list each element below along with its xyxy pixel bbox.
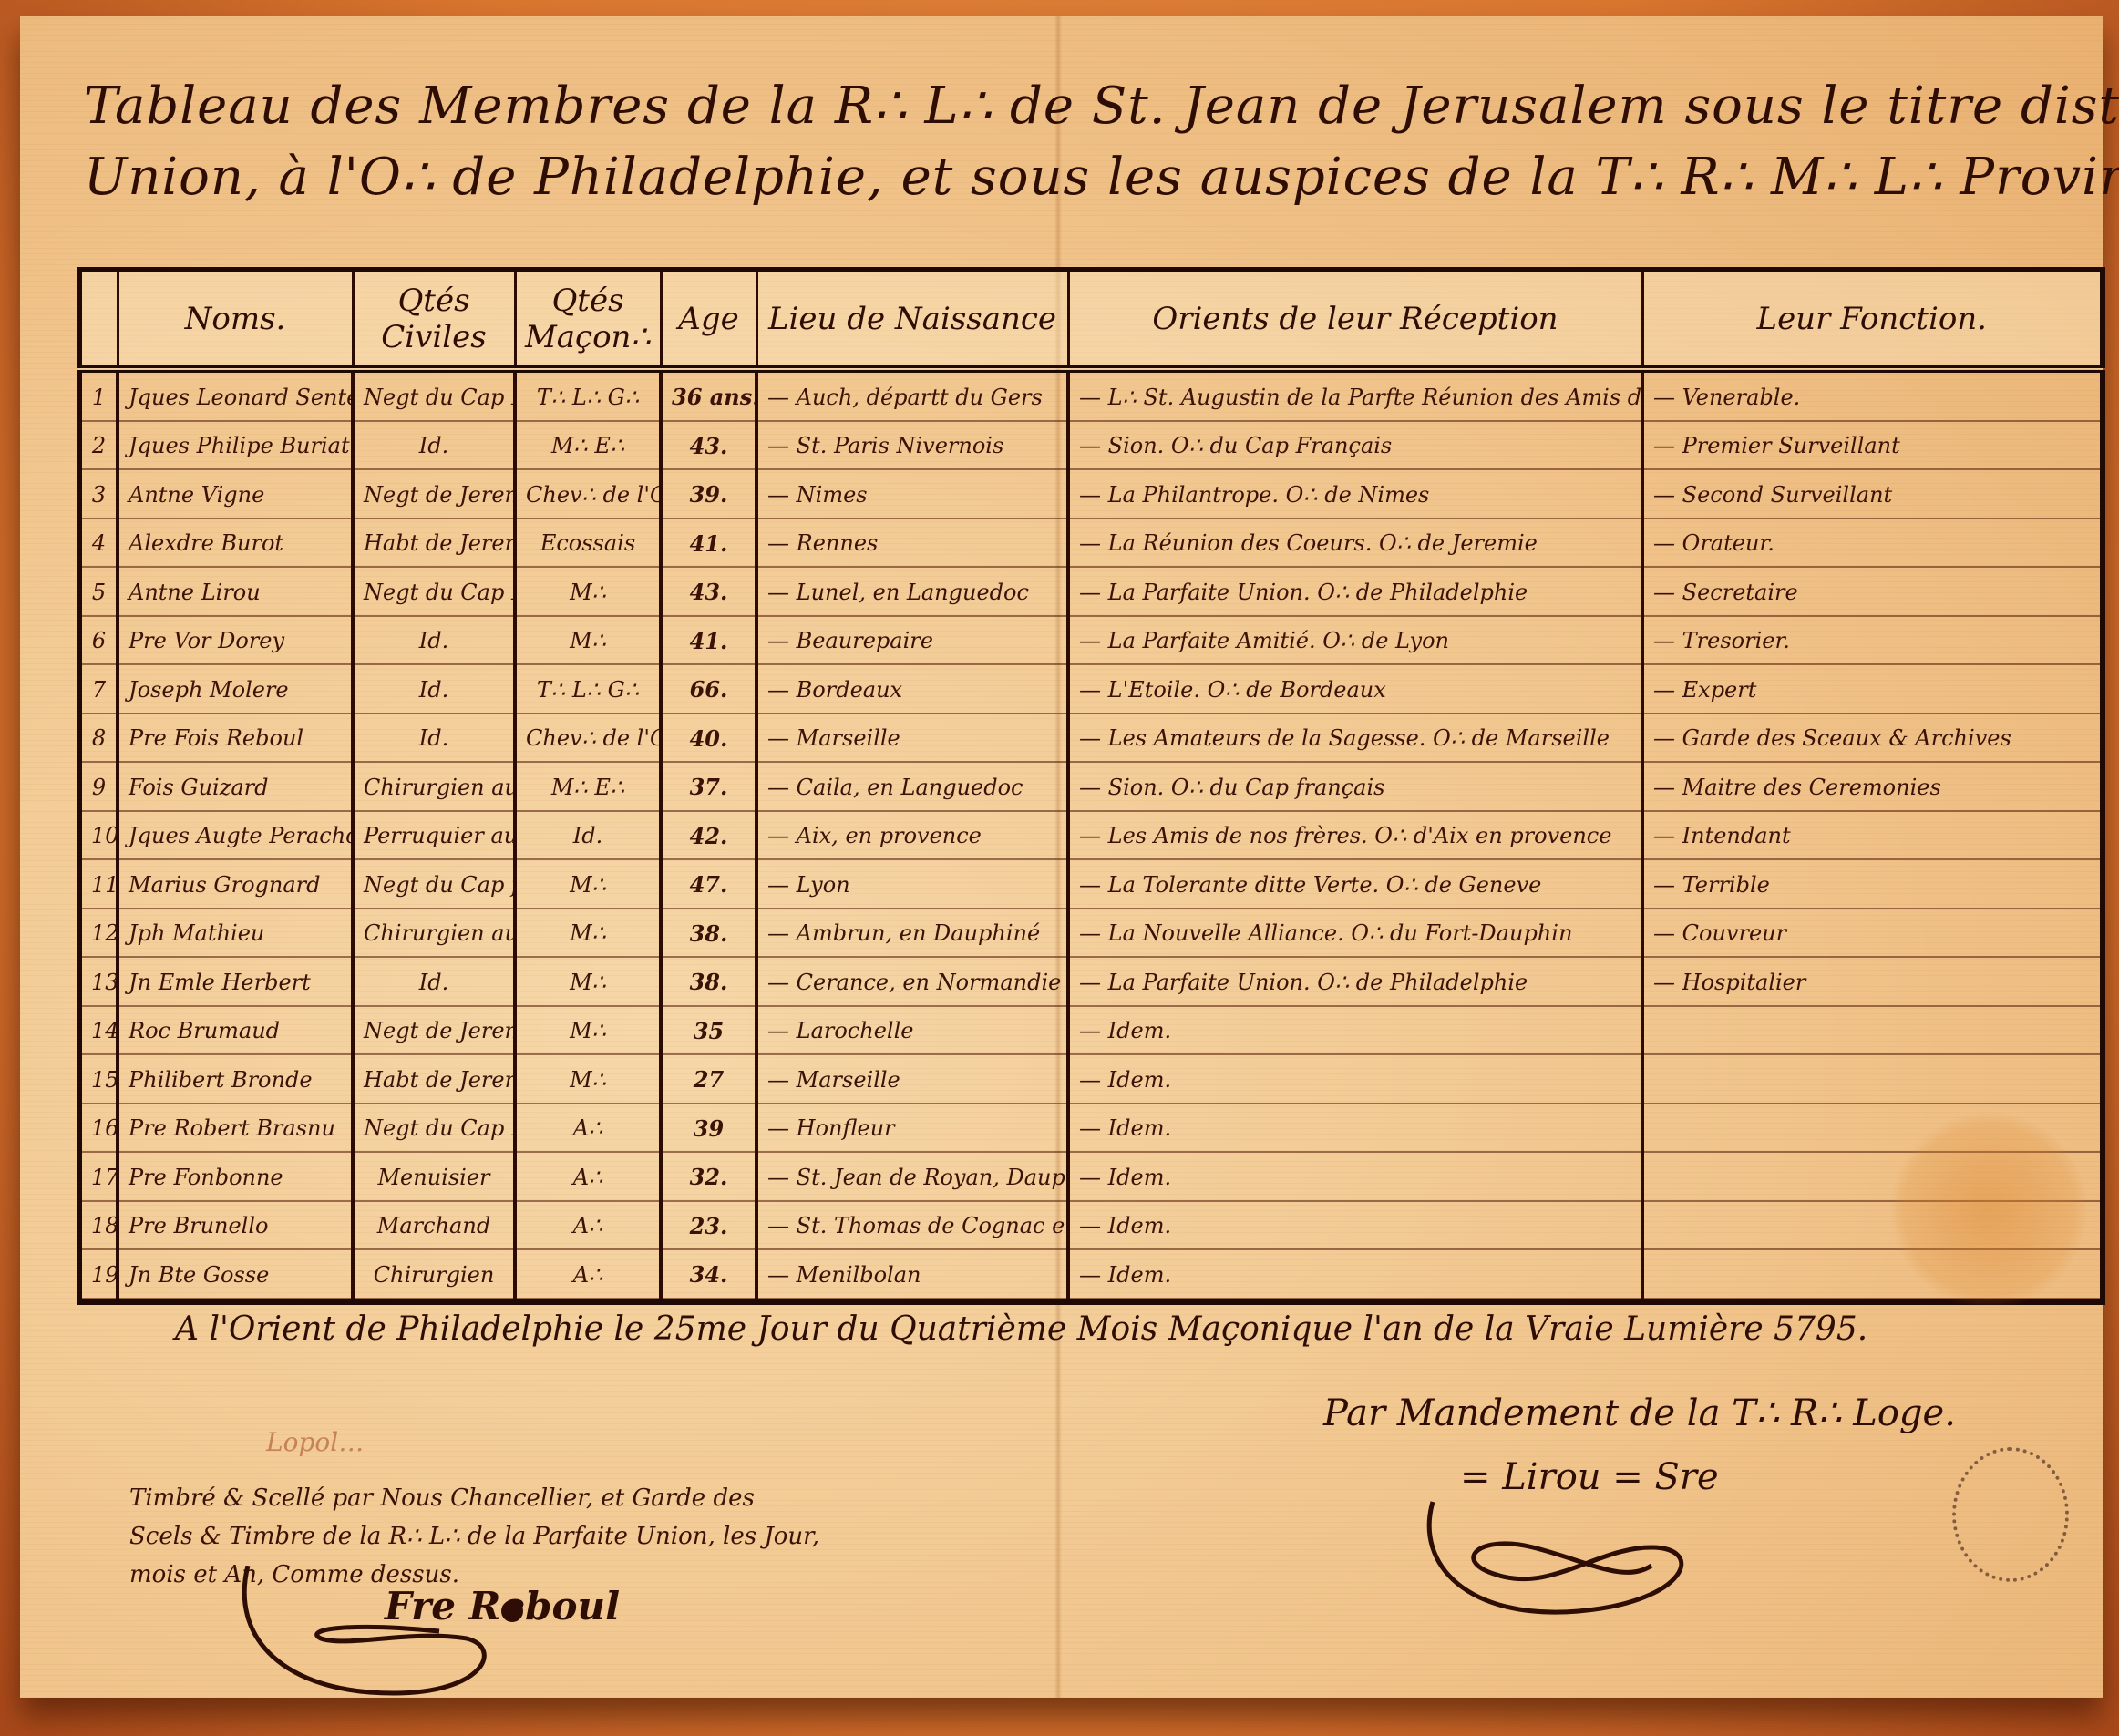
civil-quality: Id. — [353, 422, 515, 471]
birthplace: Aix, en provence — [756, 812, 1068, 861]
table-row: 18Pre BrunelloMarchandA∴23.St. Thomas de… — [79, 1202, 2103, 1251]
row-number: 4 — [79, 519, 118, 569]
masonic-degree: Chev∴ de l'O∴ — [515, 714, 661, 764]
document-title: Tableau des Membres de la R∴ L∴ de St. J… — [84, 71, 2089, 213]
member-name: Alexdre Burot — [118, 519, 353, 569]
birthplace: St. Jean de Royan, Dauphiné — [756, 1153, 1068, 1202]
member-name: Pre Fois Reboul — [118, 714, 353, 764]
member-age: 40. — [661, 714, 756, 764]
birthplace: Honfleur — [756, 1104, 1068, 1154]
row-number: 9 — [79, 763, 118, 812]
civil-quality: Chirurgien au Pt dauphin — [353, 909, 515, 959]
masonic-degree: T∴ L∴ G∴ — [515, 665, 661, 714]
masonic-degree: T∴ L∴ G∴ — [515, 369, 661, 422]
lodge-stamp — [1952, 1447, 2069, 1582]
table-row: 7Joseph MolereId.T∴ L∴ G∴66.BordeauxL'Et… — [79, 665, 2103, 714]
member-name: Jph Mathieu — [118, 909, 353, 959]
member-name: Jn Bte Gosse — [118, 1250, 353, 1302]
document-sheet: Tableau des Membres de la R∴ L∴ de St. J… — [20, 16, 2103, 1698]
faint-annotation: Lopol… — [266, 1427, 364, 1457]
lodge-office — [1642, 1055, 2103, 1104]
civil-quality: Negt de Jeremie — [353, 470, 515, 519]
header-num — [79, 270, 118, 369]
row-number: 16 — [79, 1104, 118, 1154]
member-age: 35 — [661, 1007, 756, 1056]
civil-quality: Menuisier — [353, 1153, 515, 1202]
reception-orient: La Nouvelle Alliance. O∴ du Fort-Dauphin — [1068, 909, 1642, 959]
member-age: 38. — [661, 958, 756, 1007]
birthplace: Cerance, en Normandie — [756, 958, 1068, 1007]
row-number: 6 — [79, 617, 118, 666]
row-number: 19 — [79, 1250, 118, 1302]
reception-orient: Les Amateurs de la Sagesse. O∴ de Marsei… — [1068, 714, 1642, 764]
lodge-office — [1642, 1007, 2103, 1056]
table-row: 17Pre FonbonneMenuisierA∴32.St. Jean de … — [79, 1153, 2103, 1202]
masonic-degree: M∴ — [515, 1007, 661, 1056]
header-noms: Noms. — [118, 270, 353, 369]
title-line-1: Tableau des Membres de la R∴ L∴ de St. J… — [84, 71, 2089, 142]
member-age: 41. — [661, 617, 756, 666]
secretary-flourish-icon — [1414, 1493, 1743, 1629]
member-age: 39 — [661, 1104, 756, 1154]
civil-quality: Chirurgien — [353, 1250, 515, 1302]
reception-orient: La Parfaite Union. O∴ de Philadelphie — [1068, 568, 1642, 617]
member-name: Antne Lirou — [118, 568, 353, 617]
birthplace: Marseille — [756, 714, 1068, 764]
table-row: 14Roc BrumaudNegt de JeremieM∴35Larochel… — [79, 1007, 2103, 1056]
lodge-office: Orateur. — [1642, 519, 2103, 569]
row-number: 15 — [79, 1055, 118, 1104]
reception-orient: La Parfaite Amitié. O∴ de Lyon — [1068, 617, 1642, 666]
table-header-row: Noms. Qtés Civiles Qtés Maçon∴ Age Lieu … — [79, 270, 2103, 369]
row-number: 1 — [79, 369, 118, 422]
row-number: 5 — [79, 568, 118, 617]
masonic-degree: Chev∴ de l'O∴ — [515, 470, 661, 519]
member-name: Jques Augte Perachon — [118, 812, 353, 861]
table-row: 10Jques Augte PerachonPerruquier au Cap … — [79, 812, 2103, 861]
member-age: 47. — [661, 860, 756, 909]
masonic-degree: M∴ — [515, 909, 661, 959]
lodge-office: Secretaire — [1642, 568, 2103, 617]
civil-quality: Negt du Cap Fçais — [353, 1104, 515, 1154]
birthplace: Lyon — [756, 860, 1068, 909]
reception-orient: La Philantrope. O∴ de Nimes — [1068, 470, 1642, 519]
date-line: A l'Orient de Philadelphie le 25me Jour … — [175, 1310, 1867, 1348]
member-age: 34. — [661, 1250, 756, 1302]
table-row: 15Philibert BrondeHabt de JeremieM∴27Mar… — [79, 1055, 2103, 1104]
row-number: 10 — [79, 812, 118, 861]
row-number: 13 — [79, 958, 118, 1007]
masonic-degree: Ecossais — [515, 519, 661, 569]
birthplace: Beaurepaire — [756, 617, 1068, 666]
masonic-degree: M∴ — [515, 568, 661, 617]
row-number: 11 — [79, 860, 118, 909]
civil-quality: Id. — [353, 958, 515, 1007]
member-age: 36 ans. — [661, 369, 756, 422]
table-row: 12Jph MathieuChirurgien au Pt dauphinM∴3… — [79, 909, 2103, 959]
birthplace: Ambrun, en Dauphiné — [756, 909, 1068, 959]
mandement-line: Par Mandement de la T∴ R∴ Loge. — [1323, 1392, 1956, 1434]
header-orients-reception: Orients de leur Réception — [1068, 270, 1642, 369]
member-age: 27 — [661, 1055, 756, 1104]
reception-orient: La Parfaite Union. O∴ de Philadelphie — [1068, 958, 1642, 1007]
reception-orient: La Réunion des Coeurs. O∴ de Jeremie — [1068, 519, 1642, 569]
lodge-office: Second Surveillant — [1642, 470, 2103, 519]
member-name: Pre Brunello — [118, 1202, 353, 1251]
member-age: 43. — [661, 568, 756, 617]
row-number: 8 — [79, 714, 118, 764]
reception-orient: Idem. — [1068, 1007, 1642, 1056]
civil-quality: Id. — [353, 617, 515, 666]
birthplace: Bordeaux — [756, 665, 1068, 714]
lodge-office: Venerable. — [1642, 369, 2103, 422]
lodge-office: Garde des Sceaux & Archives — [1642, 714, 2103, 764]
masonic-degree: M∴ — [515, 617, 661, 666]
header-fonction: Leur Fonction. — [1642, 270, 2103, 369]
member-age: 66. — [661, 665, 756, 714]
civil-quality: Id. — [353, 714, 515, 764]
masonic-degree: Id. — [515, 812, 661, 861]
reception-orient: L∴ St. Augustin de la Parfte Réunion des… — [1068, 369, 1642, 422]
lodge-office: Couvreur — [1642, 909, 2103, 959]
civil-quality: Id. — [353, 665, 515, 714]
member-name: Pre Vor Dorey — [118, 617, 353, 666]
lodge-office: Tresorier. — [1642, 617, 2103, 666]
reception-orient: Idem. — [1068, 1055, 1642, 1104]
table-row: 8Pre Fois ReboulId.Chev∴ de l'O∴40.Marse… — [79, 714, 2103, 764]
member-age: 39. — [661, 470, 756, 519]
member-name: Pre Robert Brasnu — [118, 1104, 353, 1154]
table-row: 9Fois GuizardChirurgien au Cap FçaisM∴ E… — [79, 763, 2103, 812]
table-row: 5Antne LirouNegt du Cap FrançsM∴43.Lunel… — [79, 568, 2103, 617]
lodge-office: Expert — [1642, 665, 2103, 714]
birthplace: Larochelle — [756, 1007, 1068, 1056]
row-number: 3 — [79, 470, 118, 519]
member-name: Joseph Molere — [118, 665, 353, 714]
civil-quality: Perruquier au Cap Fçais — [353, 812, 515, 861]
row-number: 2 — [79, 422, 118, 471]
member-name: Marius Grognard — [118, 860, 353, 909]
title-line-2: Union, à l'O∴ de Philadelphie, et sous l… — [84, 142, 2089, 213]
civil-quality: Marchand — [353, 1202, 515, 1251]
masonic-degree: M∴ — [515, 958, 661, 1007]
birthplace: Caila, en Languedoc — [756, 763, 1068, 812]
member-name: Antne Vigne — [118, 470, 353, 519]
reception-orient: Les Amis de nos frères. O∴ d'Aix en prov… — [1068, 812, 1642, 861]
member-age: 32. — [661, 1153, 756, 1202]
civil-quality: Negt de Jeremie — [353, 1007, 515, 1056]
member-name: Jques Philipe Buriat — [118, 422, 353, 471]
member-name: Pre Fonbonne — [118, 1153, 353, 1202]
civil-quality: Chirurgien au Cap Fçais — [353, 763, 515, 812]
lodge-office: Intendant — [1642, 812, 2103, 861]
member-name: Fois Guizard — [118, 763, 353, 812]
member-age: 42. — [661, 812, 756, 861]
birthplace: Lunel, en Languedoc — [756, 568, 1068, 617]
member-age: 23. — [661, 1202, 756, 1251]
reception-orient: Sion. O∴ du Cap français — [1068, 763, 1642, 812]
reception-orient: Idem. — [1068, 1153, 1642, 1202]
masonic-degree: M∴ E∴ — [515, 763, 661, 812]
row-number: 17 — [79, 1153, 118, 1202]
member-age: 37. — [661, 763, 756, 812]
table-row: 1Jques Leonard SentelxNegt du Cap Françs… — [79, 369, 2103, 422]
civil-quality: Negt du Cap Françs — [353, 568, 515, 617]
member-name: Roc Brumaud — [118, 1007, 353, 1056]
masonic-degree: A∴ — [515, 1104, 661, 1154]
reception-orient: L'Etoile. O∴ de Bordeaux — [1068, 665, 1642, 714]
birthplace: Auch, départt du Gers — [756, 369, 1068, 422]
masonic-degree: A∴ — [515, 1202, 661, 1251]
reception-orient: La Tolerante ditte Verte. O∴ de Geneve — [1068, 860, 1642, 909]
table-row: 3Antne VigneNegt de JeremieChev∴ de l'O∴… — [79, 470, 2103, 519]
member-name: Philibert Bronde — [118, 1055, 353, 1104]
birthplace: Menilbolan — [756, 1250, 1068, 1302]
table-row: 19Jn Bte GosseChirurgienA∴34.MenilbolanI… — [79, 1250, 2103, 1302]
row-number: 7 — [79, 665, 118, 714]
table-row: 2Jques Philipe BuriatId.M∴ E∴43.St. Pari… — [79, 422, 2103, 471]
members-register-table: Noms. Qtés Civiles Qtés Maçon∴ Age Lieu … — [77, 267, 2105, 1305]
civil-quality: Habt de Jeremie — [353, 519, 515, 569]
birthplace: St. Thomas de Cognac en Saintonge — [756, 1202, 1068, 1251]
reception-orient: Idem. — [1068, 1250, 1642, 1302]
table-row: 4Alexdre BurotHabt de JeremieEcossais41.… — [79, 519, 2103, 569]
masonic-degree: M∴ — [515, 860, 661, 909]
table-row: 11Marius GrognardNegt du Cap françsM∴47.… — [79, 860, 2103, 909]
reception-orient: Sion. O∴ du Cap Français — [1068, 422, 1642, 471]
civil-quality: Negt du Cap françs — [353, 860, 515, 909]
birthplace: Marseille — [756, 1055, 1068, 1104]
table-row: 13Jn Emle HerbertId.M∴38.Cerance, en Nor… — [79, 958, 2103, 1007]
header-qualites-maconniques: Qtés Maçon∴ — [515, 270, 661, 369]
masonic-degree: A∴ — [515, 1153, 661, 1202]
chancellor-flourish-icon — [211, 1566, 540, 1702]
row-number: 14 — [79, 1007, 118, 1056]
row-number: 18 — [79, 1202, 118, 1251]
wax-seal-stain — [1888, 1110, 2089, 1310]
birthplace: Nimes — [756, 470, 1068, 519]
lodge-office: Premier Surveillant — [1642, 422, 2103, 471]
civil-quality: Habt de Jeremie — [353, 1055, 515, 1104]
header-qualites-civiles: Qtés Civiles — [353, 270, 515, 369]
lodge-office: Terrible — [1642, 860, 2103, 909]
member-name: Jn Emle Herbert — [118, 958, 353, 1007]
lodge-office: Maitre des Ceremonies — [1642, 763, 2103, 812]
row-number: 12 — [79, 909, 118, 959]
member-name: Jques Leonard Sentelx — [118, 369, 353, 422]
member-age: 38. — [661, 909, 756, 959]
masonic-degree: M∴ — [515, 1055, 661, 1104]
member-age: 41. — [661, 519, 756, 569]
header-age: Age — [661, 270, 756, 369]
birthplace: St. Paris Nivernois — [756, 422, 1068, 471]
table-row: 6Pre Vor DoreyId.M∴41.BeaurepaireLa Parf… — [79, 617, 2103, 666]
civil-quality: Negt du Cap Françs — [353, 369, 515, 422]
reception-orient: Idem. — [1068, 1104, 1642, 1154]
birthplace: Rennes — [756, 519, 1068, 569]
reception-orient: Idem. — [1068, 1202, 1642, 1251]
member-age: 43. — [661, 422, 756, 471]
header-lieu-naissance: Lieu de Naissance — [756, 270, 1068, 369]
masonic-degree: A∴ — [515, 1250, 661, 1302]
table-row: 16Pre Robert BrasnuNegt du Cap FçaisA∴39… — [79, 1104, 2103, 1154]
lodge-office: Hospitalier — [1642, 958, 2103, 1007]
masonic-degree: M∴ E∴ — [515, 422, 661, 471]
